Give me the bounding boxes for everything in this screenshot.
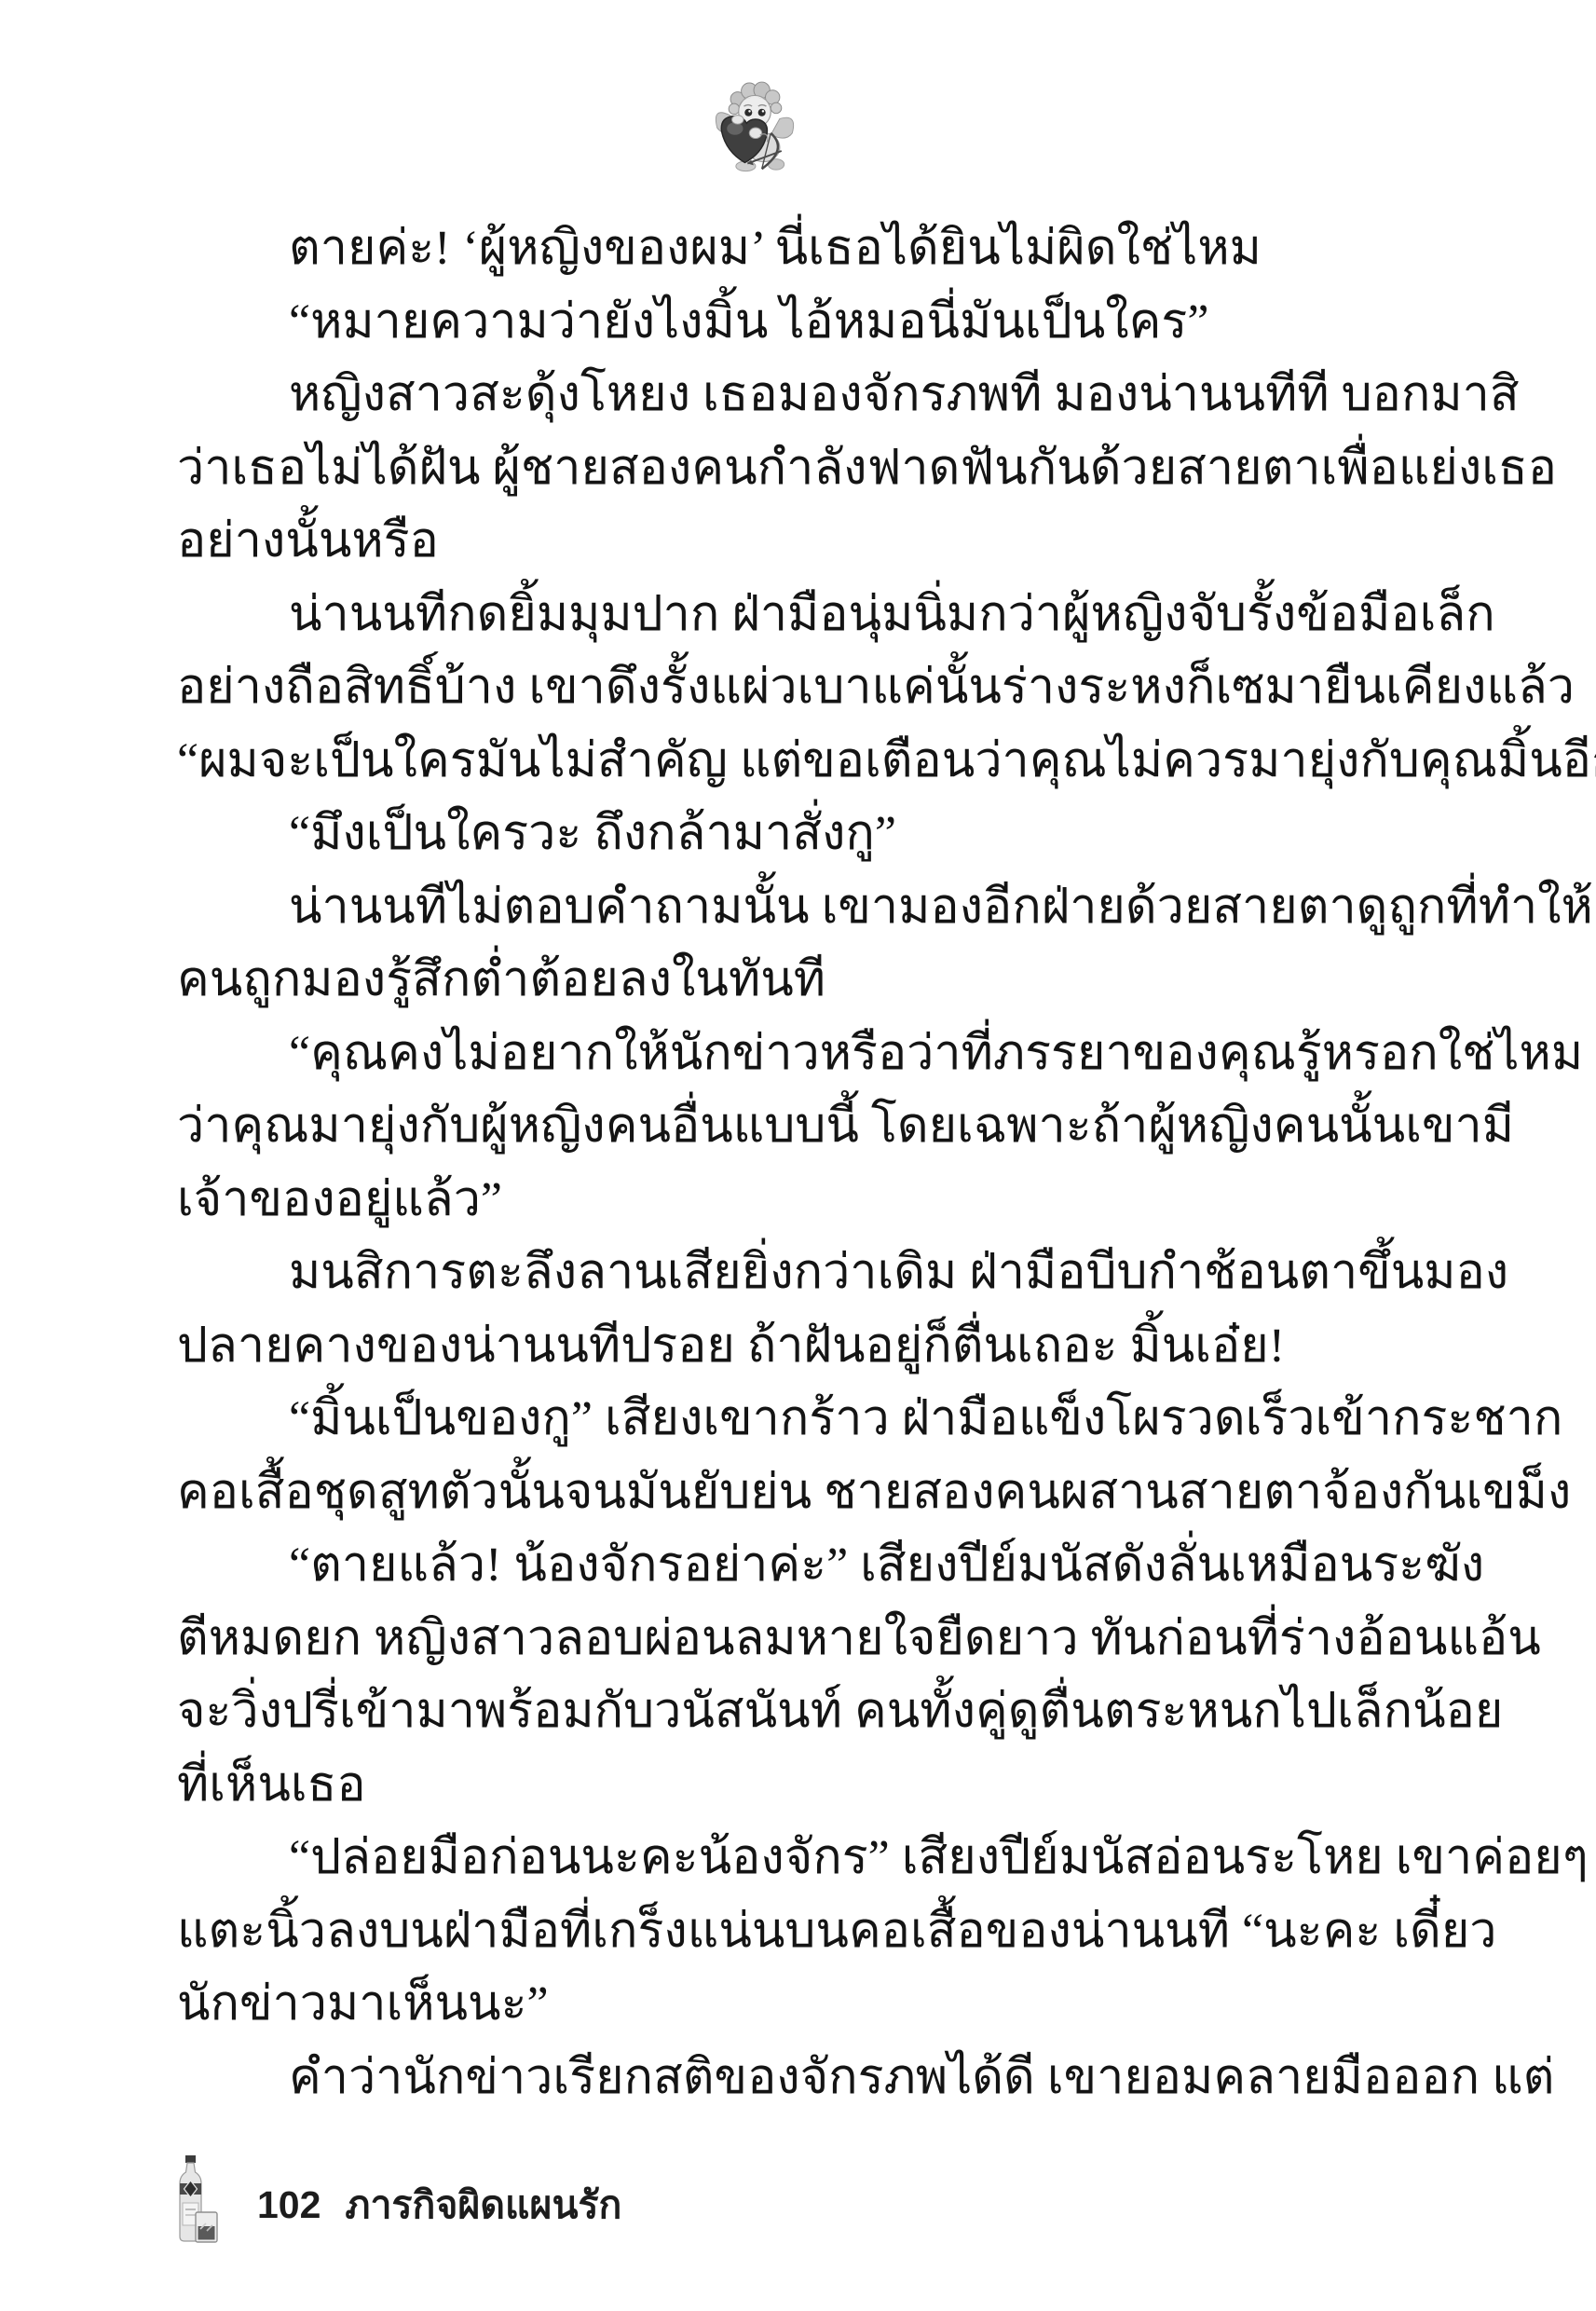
- text-line: หญิงสาวสะดุ้งโหยง เธอมองจักรภพที มองน่าน…: [177, 359, 1430, 432]
- text-line: ปลายคางของน่านนทีปรอย ถ้าฝันอยู่ก็ตื่นเถ…: [177, 1310, 1430, 1384]
- text-line: “ปล่อยมือก่อนนะคะน้องจักร” เสียงปีย์มนัส…: [177, 1822, 1430, 1895]
- text-line: “คุณคงไม่อยากให้นักข่าวหรือว่าที่ภรรยาขอ…: [177, 1018, 1430, 1091]
- book-title: ภารกิจผิดแผนรัก: [345, 2183, 621, 2226]
- text-line: น่านนทีกดยิ้มมุมปาก ฝ่ามือนุ่มนิ่มกว่าผู…: [177, 579, 1430, 652]
- book-page: ตายค่ะ! ‘ผู้หญิงของผม’ นี่เธอได้ยินไม่ผิ…: [0, 0, 1596, 2311]
- body-text: ตายค่ะ! ‘ผู้หญิงของผม’ นี่เธอได้ยินไม่ผิ…: [177, 212, 1430, 2114]
- bottle-glass-icon: [164, 2154, 222, 2246]
- text-line: น่านนทีไม่ตอบคำถามนั้น เขามองอีกฝ่ายด้วย…: [177, 871, 1430, 945]
- text-line: “มิ้นเป็นของกู” เสียงเขากร้าว ฝ่ามือแข็ง…: [177, 1383, 1430, 1456]
- text-line: คนถูกมองรู้สึกต่ำต้อยลงในทันที: [177, 944, 1430, 1018]
- text-line: คำว่านักข่าวเรียกสติของจักรภพได้ดี เขายอ…: [177, 2042, 1430, 2115]
- text-line: “ตายแล้ว! น้องจักรอย่าค่ะ” เสียงปีย์มนัส…: [177, 1529, 1430, 1603]
- text-line: ตายค่ะ! ‘ผู้หญิงของผม’ นี่เธอได้ยินไม่ผิ…: [177, 212, 1430, 286]
- text-line: ตีหมดยก หญิงสาวลอบผ่อนลมหายใจยืดยาว ทันก…: [177, 1603, 1430, 1676]
- text-line: จะวิ่งปรี่เข้ามาพร้อมกับวนัสนันท์ คนทั้ง…: [177, 1675, 1430, 1749]
- text-line: “หมายความว่ายังไงมิ้น ไอ้หมอนี่มันเป็นใค…: [177, 286, 1430, 360]
- text-line: อย่างถือสิทธิ์บ้าง เขาดึงรั้งแผ่วเบาแค่น…: [177, 651, 1430, 725]
- text-line: นักข่าวมาเห็นนะ”: [177, 1968, 1430, 2042]
- text-line: อย่างนั้นหรือ: [177, 505, 1430, 579]
- page-footer: 102ภารกิจผิดแผนรัก: [257, 2181, 621, 2229]
- page-number: 102: [257, 2183, 321, 2226]
- text-line: มนสิการตะลึงลานเสียยิ่งกว่าเดิม ฝ่ามือบี…: [177, 1237, 1430, 1310]
- text-line: แตะนิ้วลงบนฝ่ามือที่เกร็งแน่นบนคอเสื้อขอ…: [177, 1895, 1430, 1969]
- text-line: ที่เห็นเธอ: [177, 1749, 1430, 1823]
- text-line: ว่าคุณมายุ่งกับผู้หญิงคนอื่นแบบนี้ โดยเฉ…: [177, 1090, 1430, 1164]
- cupid-heart-icon: [710, 78, 799, 179]
- text-line: คอเสื้อชุดสูทตัวนั้นจนมันยับย่น ชายสองคน…: [177, 1456, 1430, 1530]
- text-line: เจ้าของอยู่แล้ว”: [177, 1164, 1430, 1238]
- text-line: “ผมจะเป็นใครมันไม่สำคัญ แต่ขอเตือนว่าคุณ…: [177, 725, 1430, 799]
- text-line: “มึงเป็นใครวะ ถึงกล้ามาสั่งกู”: [177, 798, 1430, 871]
- text-line: ว่าเธอไม่ได้ฝัน ผู้ชายสองคนกำลังฟาดฟันกั…: [177, 432, 1430, 506]
